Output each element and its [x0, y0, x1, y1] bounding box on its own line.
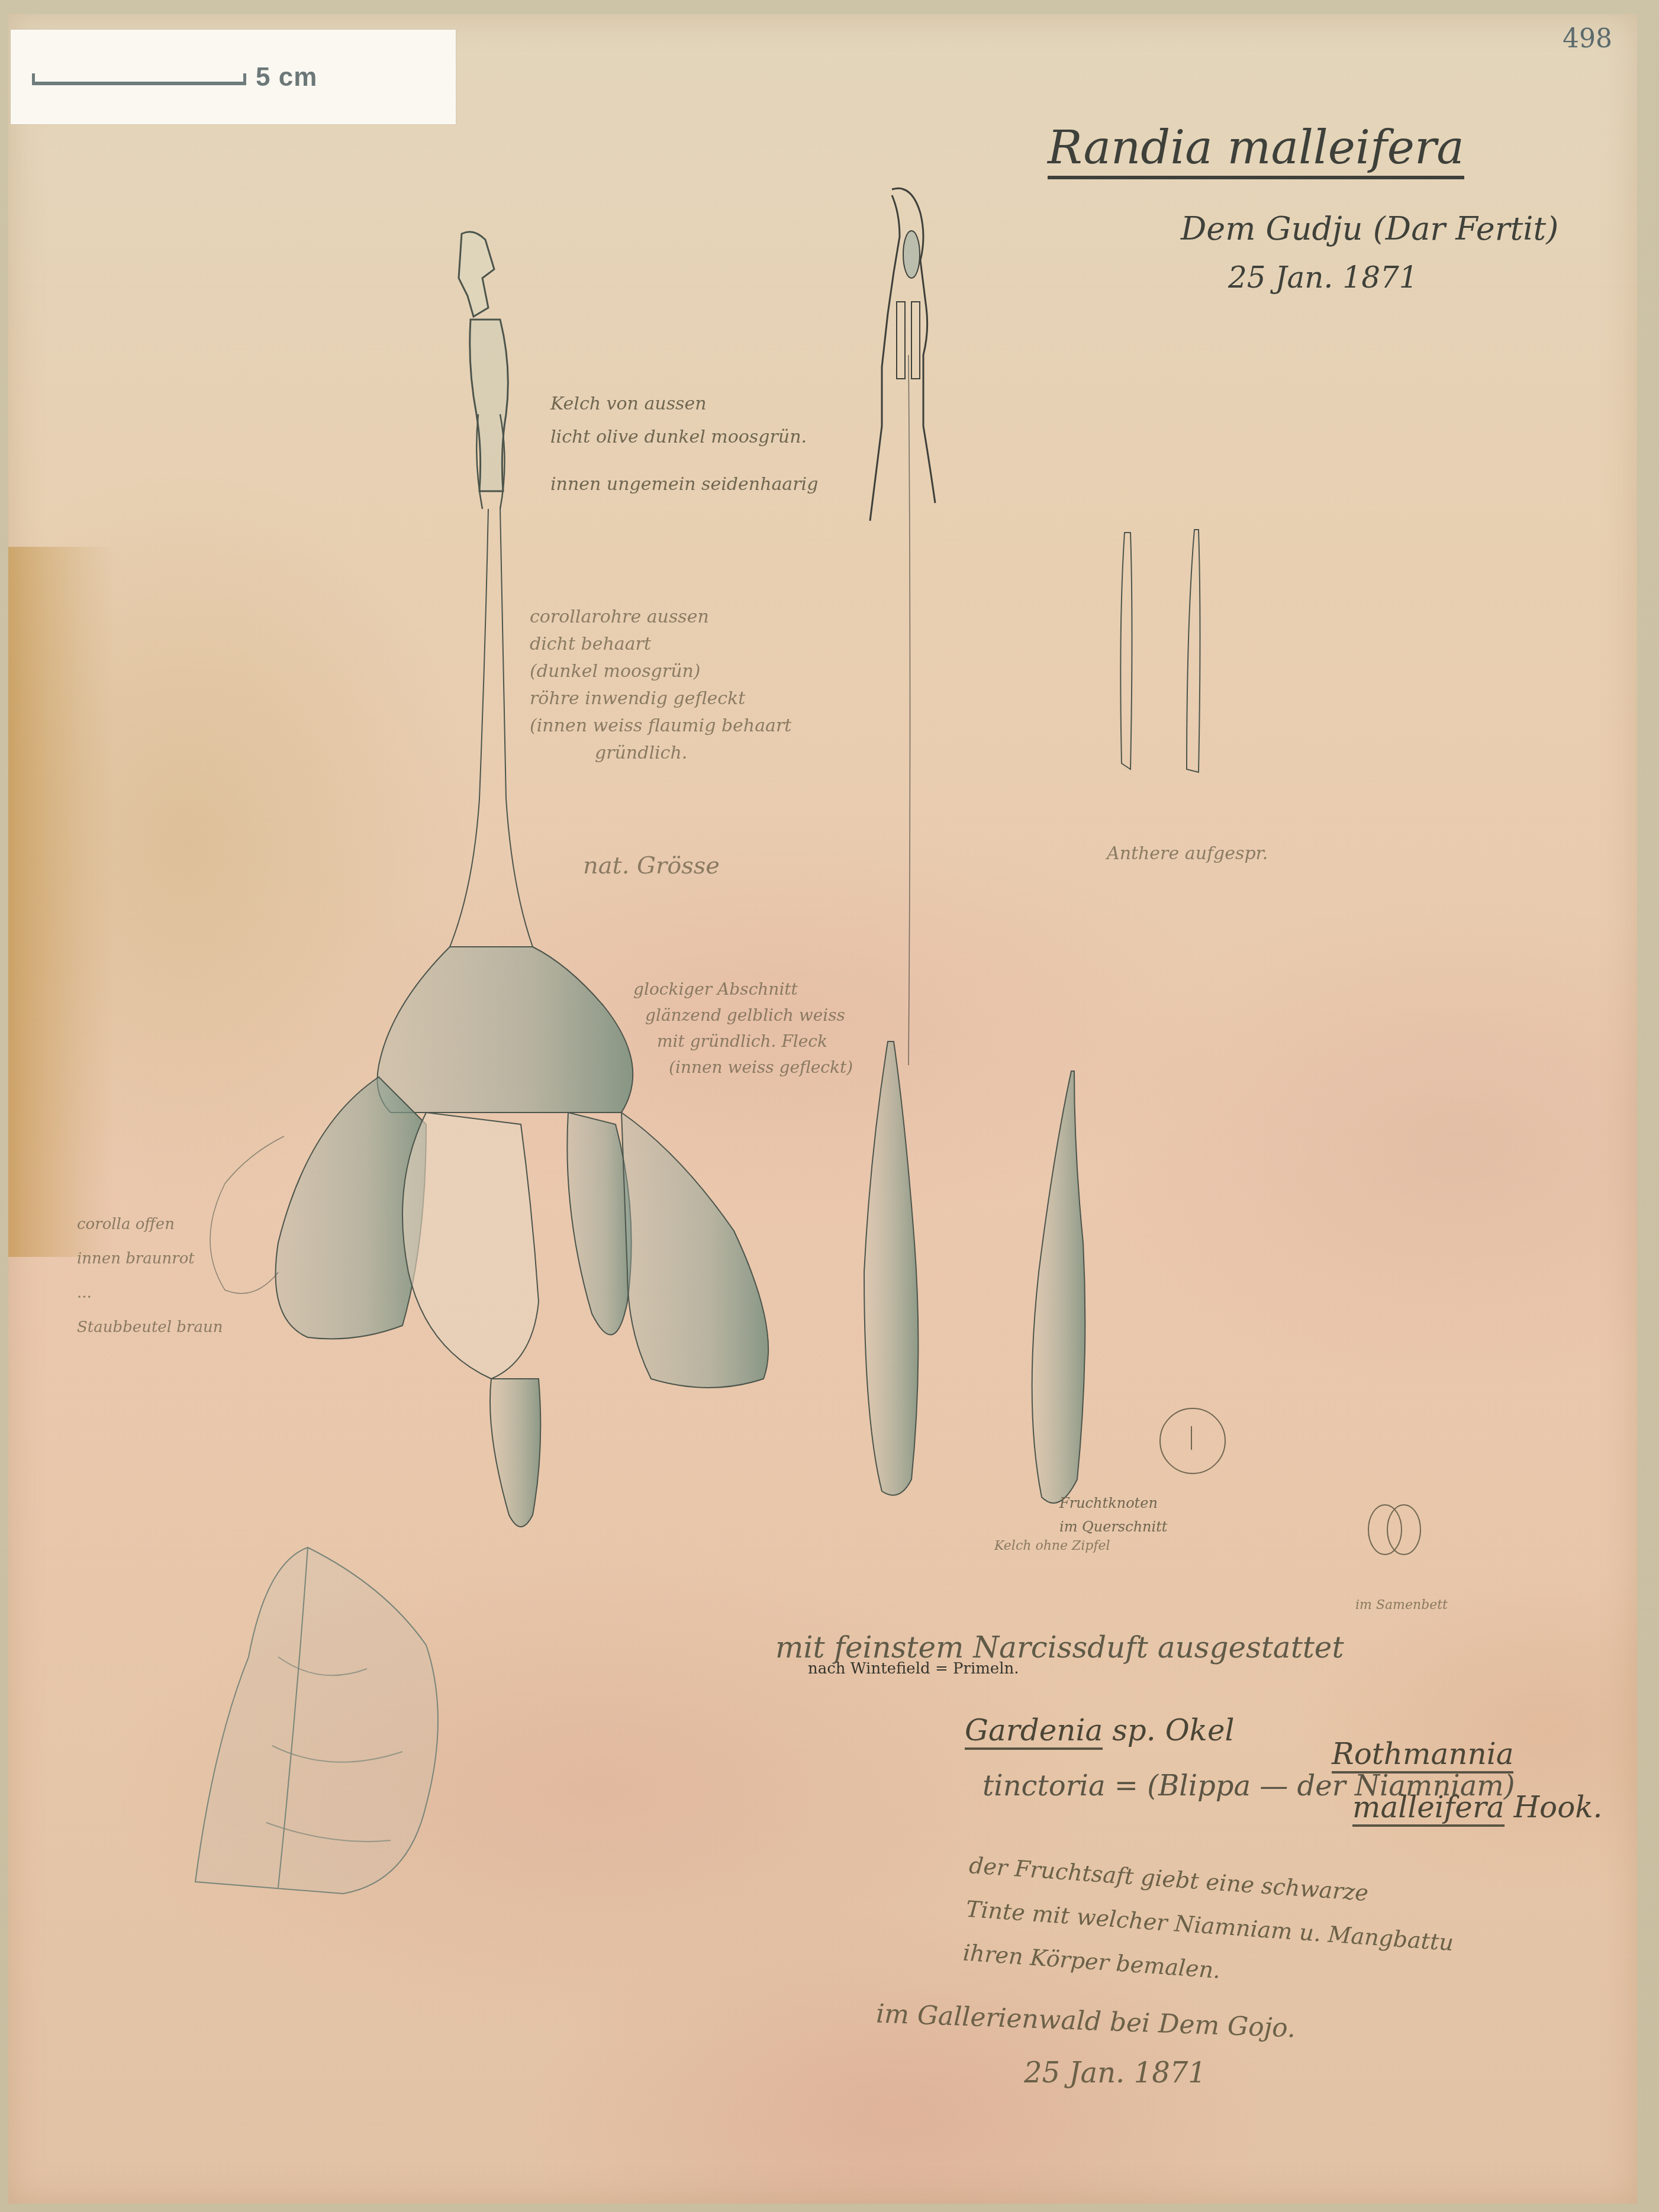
gardenia-label: Gardenia sp. Okel — [965, 1713, 1235, 1747]
bell-note: glockiger Abschnitt glänzend gelblich we… — [633, 976, 853, 1081]
gardenia-genus: Gardenia — [965, 1713, 1103, 1750]
left-corolla-note-line: ... — [77, 1276, 223, 1310]
malleifera-label: malleifera Hook. — [1352, 1790, 1603, 1824]
scent-subnote: nach Wintefield = Primeln. — [808, 1660, 1019, 1678]
calyx-note-line: Kelch von aussen — [550, 388, 818, 421]
cross-section-note: Fruchtknoten im Querschnitt — [1059, 1491, 1168, 1539]
ovary-section-figure — [1160, 1408, 1225, 1473]
locality-label: Dem Gudju (Dar Fertit) — [1181, 210, 1558, 247]
cross-section-note-line: Fruchtknoten — [1059, 1491, 1168, 1515]
collection-date: 25 Jan. 1871 — [1024, 2056, 1206, 2090]
anthers-figure — [1120, 530, 1200, 772]
malleifera-epithet: malleifera — [1352, 1790, 1505, 1827]
flower-section-figure — [870, 188, 935, 1065]
date-label: 25 Jan. 1871 — [1228, 260, 1418, 295]
rothmannia-label: Rothmannia — [1332, 1737, 1513, 1774]
left-corolla-note-line: Staubbeutel braun — [77, 1310, 223, 1344]
corolla-note-line: gründlich. — [530, 740, 791, 767]
anther-note: Anthere aufgespr. — [1107, 843, 1268, 864]
calyx-note-line: innen ungemein seidenhaarig — [550, 468, 818, 501]
corolla-note-line: (innen weiss flaumig behaart — [530, 712, 791, 740]
specimen-title: Randia malleifera — [1048, 121, 1464, 179]
bell-note-line: glockiger Abschnitt — [633, 976, 853, 1002]
corolla-note-line: corollarohre aussen — [530, 604, 791, 631]
bell-note-line: mit gründlich. Fleck — [633, 1028, 853, 1055]
catalog-number: 498 — [1563, 24, 1612, 54]
left-corolla-note-line: innen braunrot — [77, 1242, 223, 1276]
calyx-small-note: Kelch ohne Zipfel — [994, 1539, 1110, 1553]
calyx-note-line: licht olive dunkel moosgrün. — [550, 421, 818, 454]
corolla-note: corollarohre aussen dicht behaart (dunke… — [530, 604, 791, 767]
left-corolla-note-line: corolla offen — [77, 1207, 223, 1242]
author-abbrev: Hook. — [1514, 1790, 1603, 1824]
gardenia-sp: sp. Okel — [1112, 1713, 1234, 1747]
natural-size-note: nat. Grösse — [583, 852, 720, 879]
seed-pair-figure — [1368, 1505, 1420, 1555]
buds-figure — [864, 1041, 1085, 1503]
corolla-note-line: (dunkel moosgrün) — [530, 658, 791, 685]
corolla-note-line: dicht behaart — [530, 631, 791, 658]
left-corolla-note: corolla offen innen braunrot ... Staubbe… — [77, 1207, 223, 1344]
corolla-note-line: röhre inwendig gefleckt — [530, 685, 791, 712]
cross-section-note-line: im Querschnitt — [1059, 1515, 1168, 1539]
bell-note-line: (innen weiss gefleckt) — [633, 1055, 853, 1081]
calyx-note: Kelch von aussen licht olive dunkel moos… — [550, 388, 818, 501]
bell-note-line: glänzend gelblich weiss — [633, 1002, 853, 1028]
leaf-figure — [195, 1547, 438, 1894]
seed-note: im Samenbett — [1355, 1598, 1448, 1613]
